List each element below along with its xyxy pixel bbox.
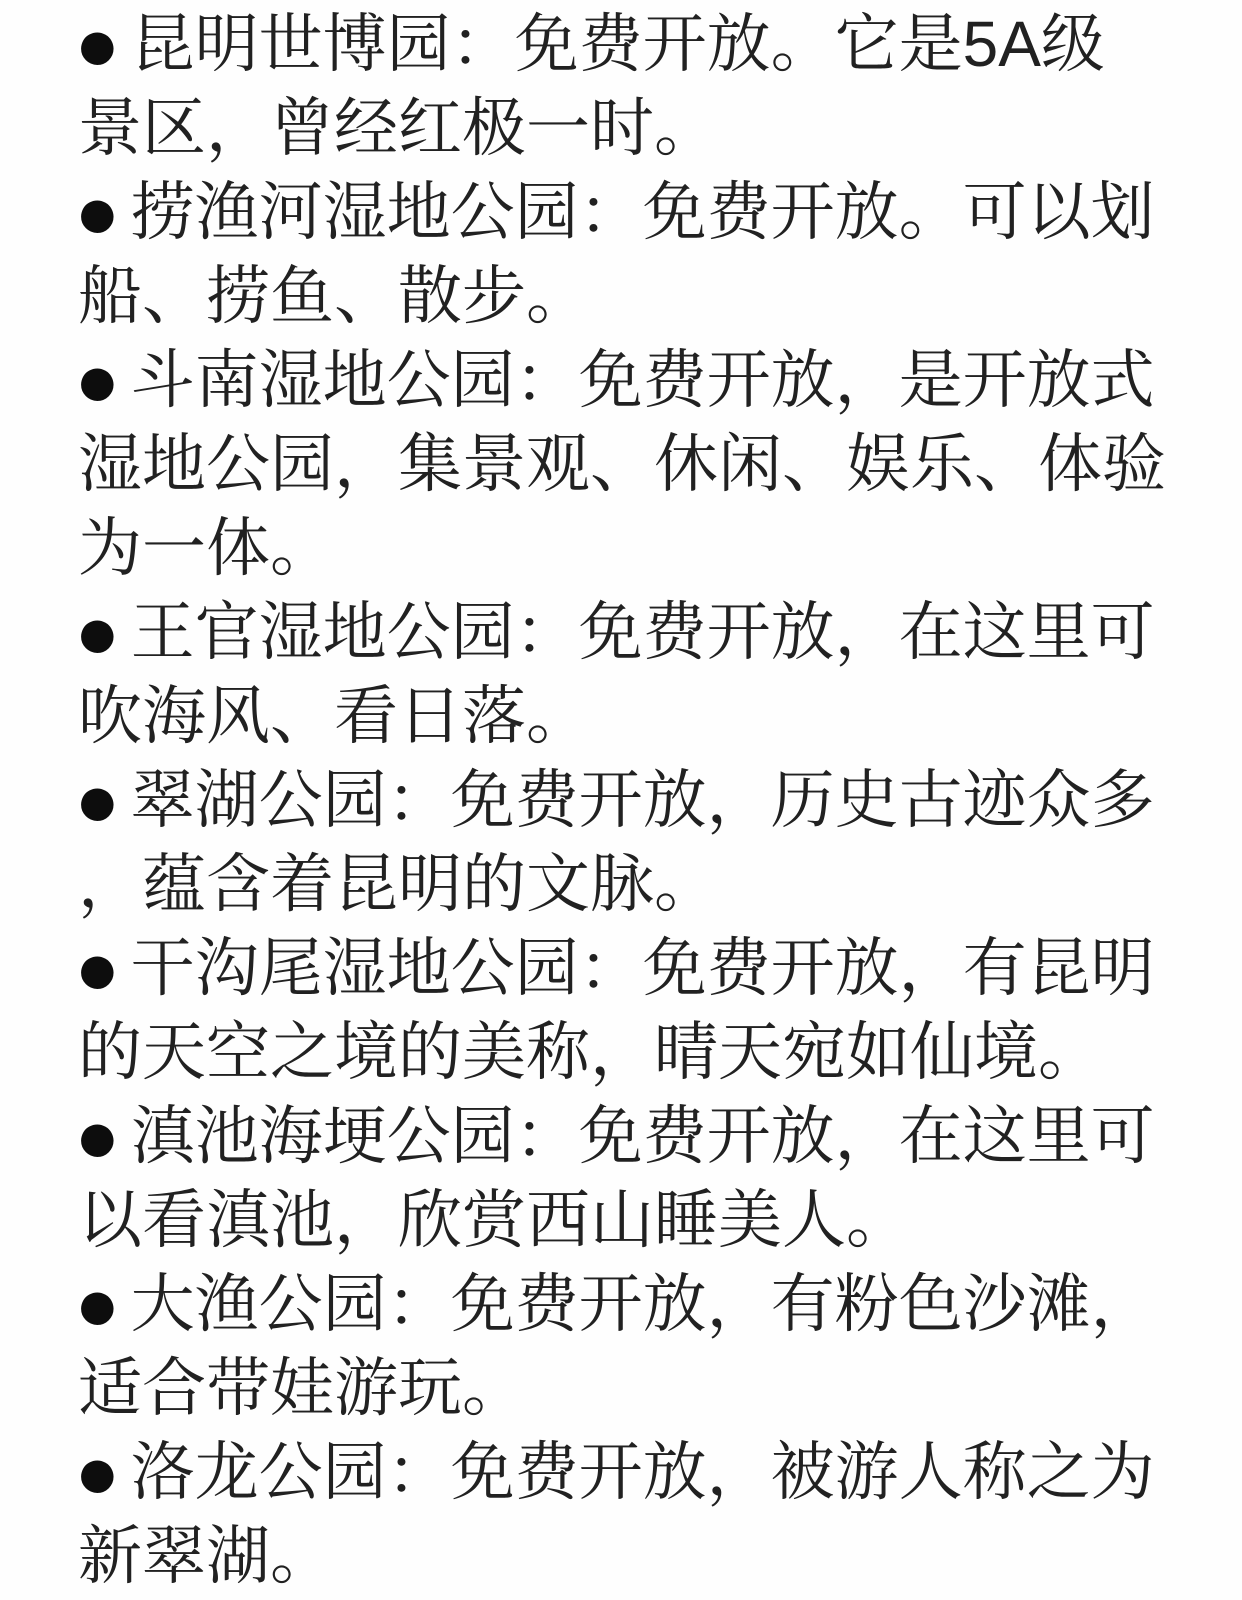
list-item: ●干沟尾湿地公园：免费开放，有昆明的天空之境的美称，晴天宛如仙境。 <box>78 926 1168 1094</box>
item-text: 翠湖公园：免费开放，历史古迹众多，蕴含着昆明的文脉。 <box>78 764 1155 920</box>
bullet-icon: ● <box>75 330 121 429</box>
bullet-icon: ● <box>75 1254 121 1353</box>
bullet-icon: ● <box>75 918 121 1017</box>
bullet-icon: ● <box>75 1422 121 1521</box>
list-item: ●滇池海埂公园：免费开放，在这里可以看滇池，欣赏西山睡美人。 <box>78 1094 1168 1262</box>
item-text: 王官湿地公园：免费开放，在这里可吹海风、看日落。 <box>78 596 1155 752</box>
list-item: ●大渔公园：免费开放，有粉色沙滩，适合带娃游玩。 <box>78 1262 1168 1430</box>
list-item: ●翠湖公园：免费开放，历史古迹众多，蕴含着昆明的文脉。 <box>78 758 1168 926</box>
list-item: ●捞渔河湿地公园：免费开放。可以划船、捞鱼、散步。 <box>78 170 1168 338</box>
item-text: 干沟尾湿地公园：免费开放，有昆明的天空之境的美称，晴天宛如仙境。 <box>78 932 1155 1088</box>
bullet-icon: ● <box>75 750 121 849</box>
item-text: 昆明世博园：免费开放。它是5A级景区，曾经红极一时。 <box>78 8 1105 164</box>
item-text: 滇池海埂公园：免费开放，在这里可以看滇池，欣赏西山睡美人。 <box>78 1100 1155 1256</box>
bullet-icon: ● <box>75 0 121 94</box>
park-list: ●昆明世博园：免费开放。它是5A级景区，曾经红极一时。 ●捞渔河湿地公园：免费开… <box>0 0 1242 1598</box>
list-item: ●王官湿地公园：免费开放，在这里可吹海风、看日落。 <box>78 590 1168 758</box>
bullet-icon: ● <box>75 162 121 261</box>
bullet-icon: ● <box>75 1086 121 1185</box>
item-text: 捞渔河湿地公园：免费开放。可以划船、捞鱼、散步。 <box>78 176 1155 332</box>
list-item: ●昆明世博园：免费开放。它是5A级景区，曾经红极一时。 <box>78 2 1168 170</box>
list-item: ●斗南湿地公园：免费开放，是开放式湿地公园，集景观、休闲、娱乐、体验为一体。 <box>78 338 1168 590</box>
item-text: 洛龙公园：免费开放，被游人称之为新翠湖。 <box>78 1436 1155 1592</box>
item-text: 大渔公园：免费开放，有粉色沙滩，适合带娃游玩。 <box>78 1268 1155 1424</box>
item-text: 斗南湿地公园：免费开放，是开放式湿地公园，集景观、休闲、娱乐、体验为一体。 <box>78 344 1166 584</box>
bullet-icon: ● <box>75 582 121 681</box>
list-item: ●洛龙公园：免费开放，被游人称之为新翠湖。 <box>78 1430 1168 1598</box>
